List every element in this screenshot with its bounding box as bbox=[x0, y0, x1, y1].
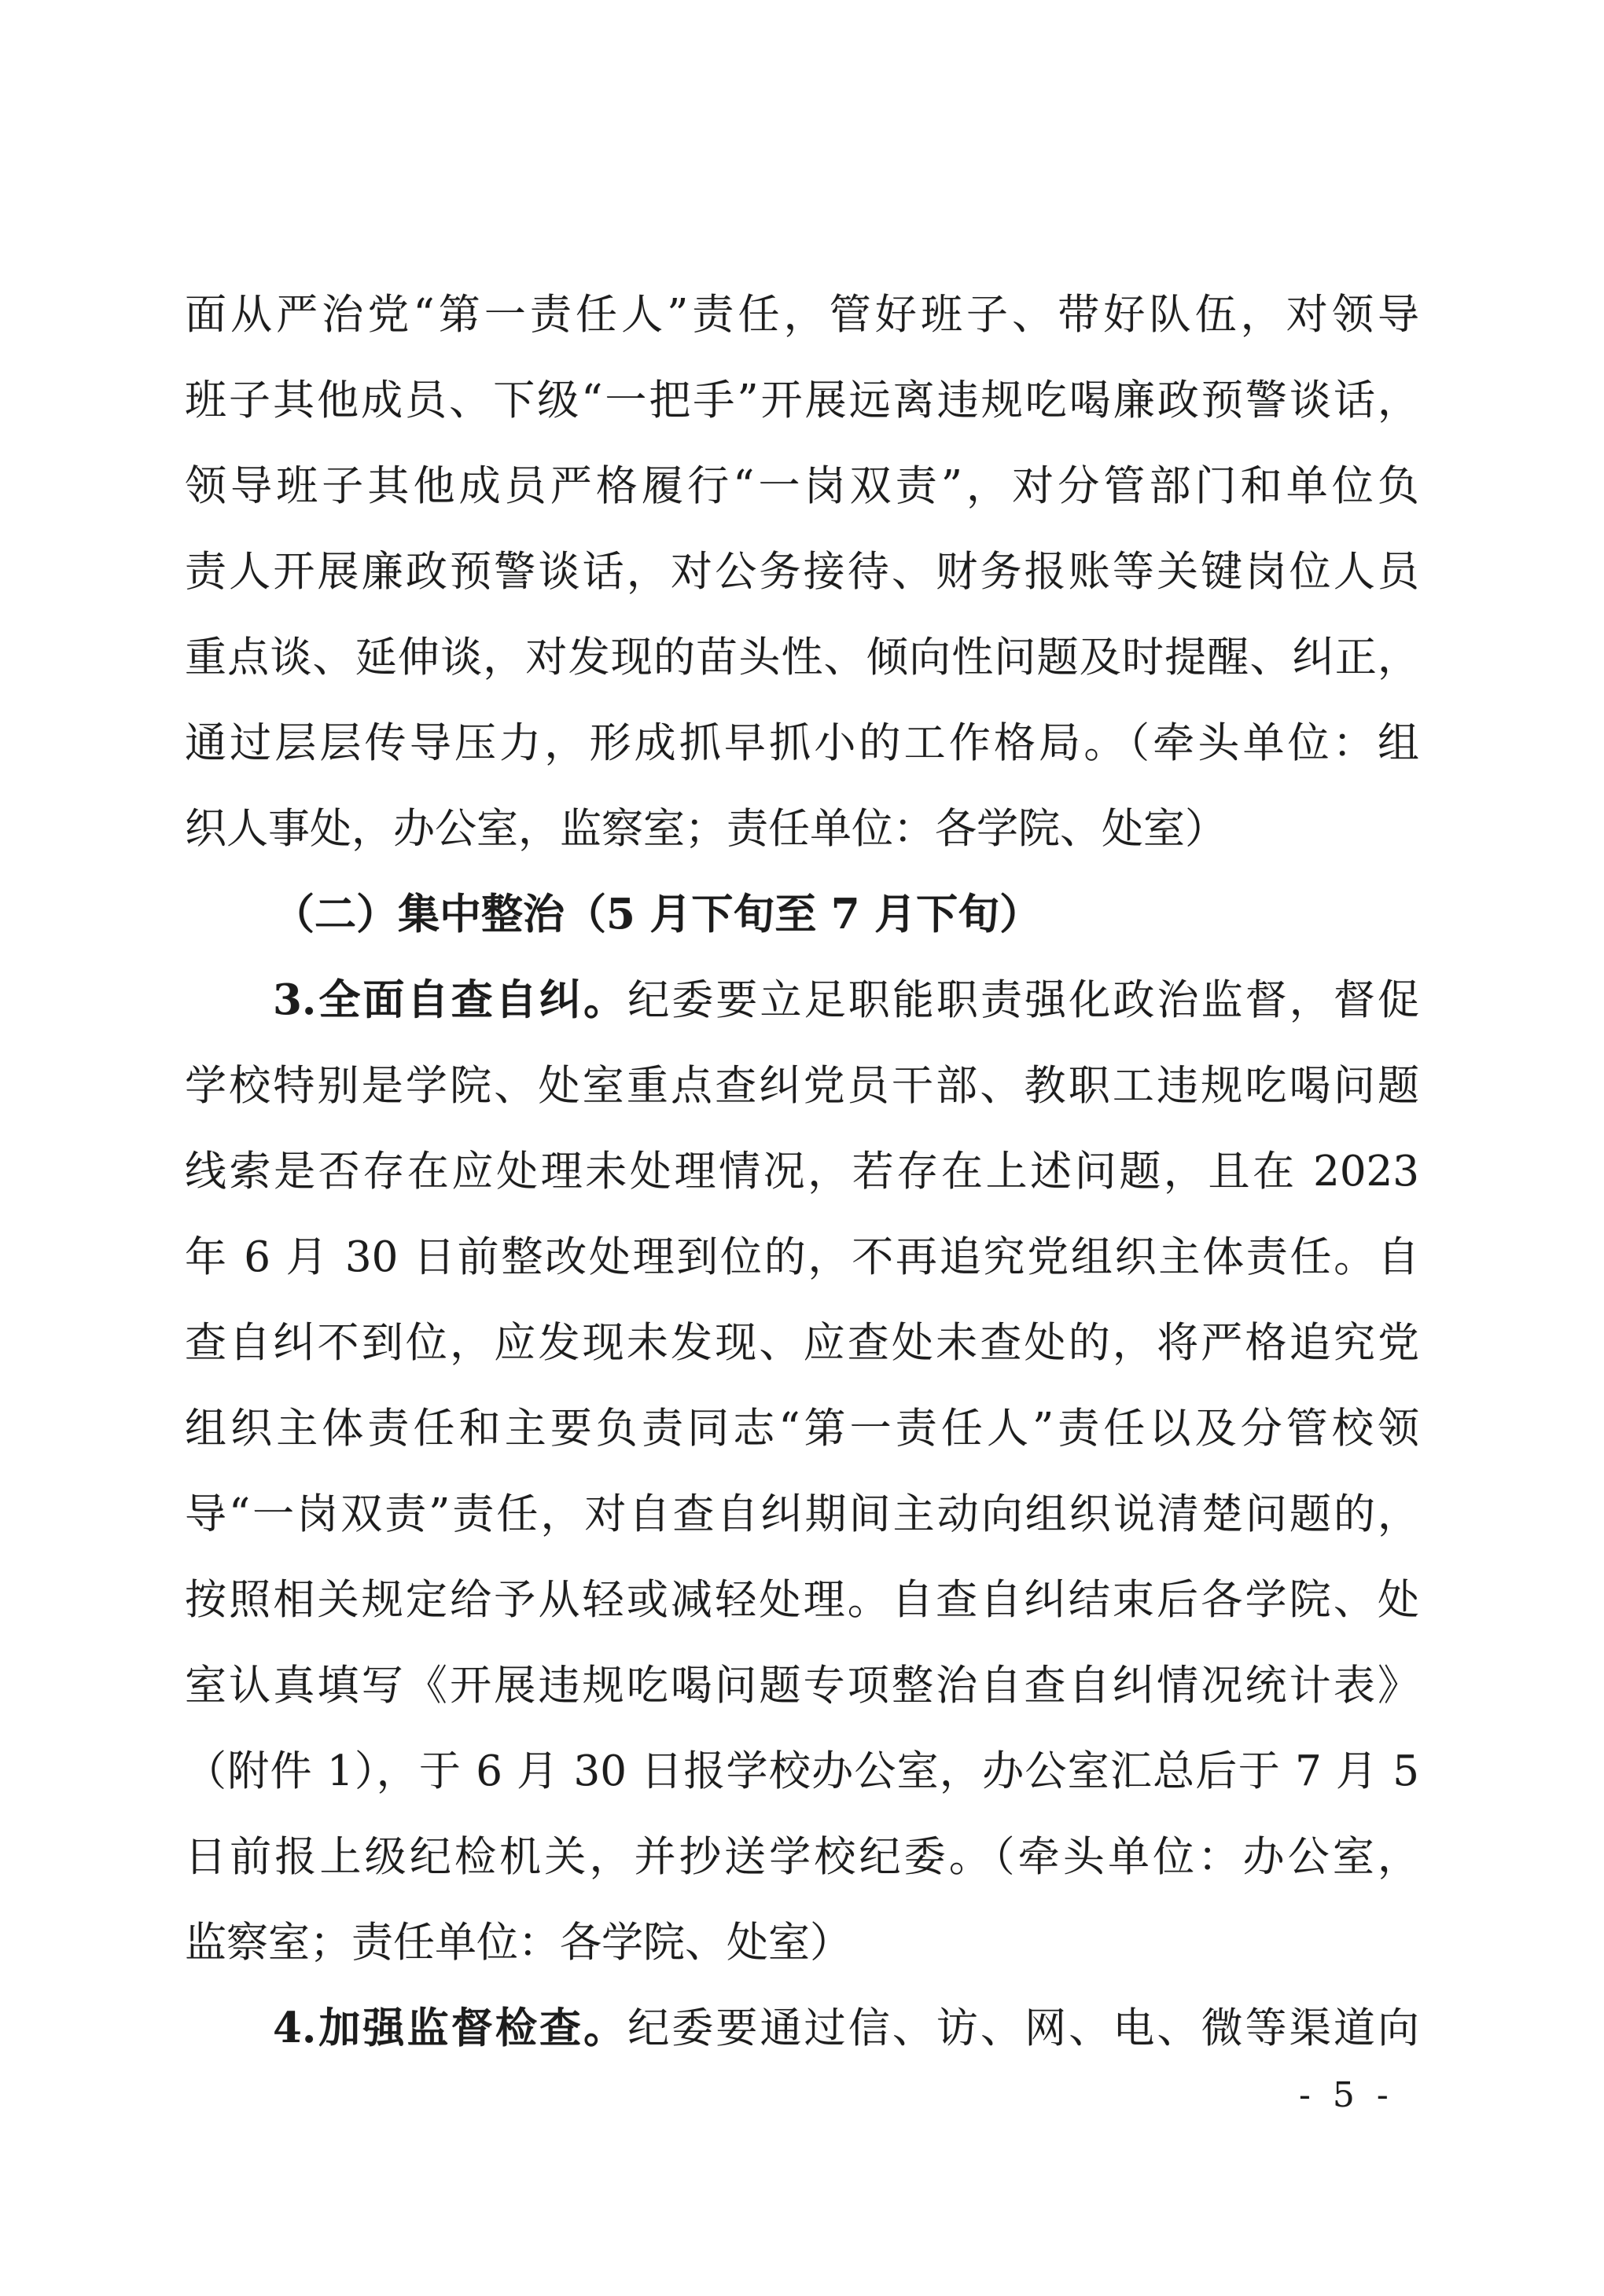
paragraph-text: 纪委要立足职能职责强化政治监督，督促 bbox=[627, 976, 1419, 1024]
text-line: 通过层层传导压力，形成抓早抓小的工作格局。（牵头单位：组 bbox=[185, 700, 1419, 786]
text-line: 责人开展廉政预警谈话，对公务接待、财务报账等关键岗位人员 bbox=[185, 529, 1419, 615]
text-line: 室认真填写《开展违规吃喝问题专项整治自查自纠情况统计表》 bbox=[185, 1643, 1419, 1728]
paragraph-text: 纪委要通过信、访、网、电、微等渠道向 bbox=[627, 2004, 1419, 2052]
text-line: 重点谈、延伸谈，对发现的苗头性、倾向性问题及时提醒、纠正， bbox=[185, 615, 1419, 700]
text-line: 线索是否存在应处理未处理情况，若存在上述问题，且在 2023 bbox=[185, 1129, 1419, 1214]
text-line: 面从严治党“第一责任人”责任，管好班子、带好队伍，对领导 bbox=[185, 272, 1419, 358]
text-line: 监察室；责任单位：各学院、处室） bbox=[185, 1900, 1419, 1986]
text-line: （附件 1），于 6 月 30 日报学校办公室，办公室汇总后于 7 月 5 bbox=[185, 1728, 1419, 1814]
document-body: 面从严治党“第一责任人”责任，管好班子、带好队伍，对领导 班子其他成员、下级“一… bbox=[185, 272, 1419, 2071]
document-page: 面从严治党“第一责任人”责任，管好班子、带好队伍，对领导 班子其他成员、下级“一… bbox=[0, 0, 1604, 2296]
text-line: 领导班子其他成员严格履行“一岗双责”，对分管部门和单位负 bbox=[185, 443, 1419, 529]
text-line: 4.加强监督检查。纪委要通过信、访、网、电、微等渠道向 bbox=[185, 1986, 1419, 2071]
text-line: 年 6 月 30 日前整改处理到位的，不再追究党组织主体责任。自 bbox=[185, 1214, 1419, 1300]
text-line: 学校特别是学院、处室重点查纠党员干部、教职工违规吃喝问题 bbox=[185, 1043, 1419, 1129]
text-line: 组织主体责任和主要负责同志“第一责任人”责任以及分管校领 bbox=[185, 1386, 1419, 1471]
text-line: 3.全面自查自纠。纪委要立足职能职责强化政治监督，督促 bbox=[185, 957, 1419, 1043]
page-number: - 5 - bbox=[1299, 2072, 1394, 2119]
text-line: 按照相关规定给予从轻或减轻处理。自查自纠结束后各学院、处 bbox=[185, 1557, 1419, 1643]
text-line: 织人事处，办公室，监察室；责任单位：各学院、处室） bbox=[185, 786, 1419, 872]
text-line: 班子其他成员、下级“一把手”开展远离违规吃喝廉政预警谈话， bbox=[185, 358, 1419, 443]
paragraph-lead-bold: 3.全面自查自纠。 bbox=[273, 975, 627, 1024]
text-line: 查自纠不到位，应发现未发现、应查处未查处的，将严格追究党 bbox=[185, 1300, 1419, 1386]
text-line: 导“一岗双责”责任，对自查自纠期间主动向组织说清楚问题的， bbox=[185, 1471, 1419, 1557]
paragraph-lead-bold: 4.加强监督检查。 bbox=[273, 2004, 627, 2052]
section-heading: （二）集中整治（5 月下旬至 7 月下旬） bbox=[185, 872, 1419, 957]
text-line: 日前报上级纪检机关，并抄送学校纪委。（牵头单位：办公室， bbox=[185, 1814, 1419, 1900]
